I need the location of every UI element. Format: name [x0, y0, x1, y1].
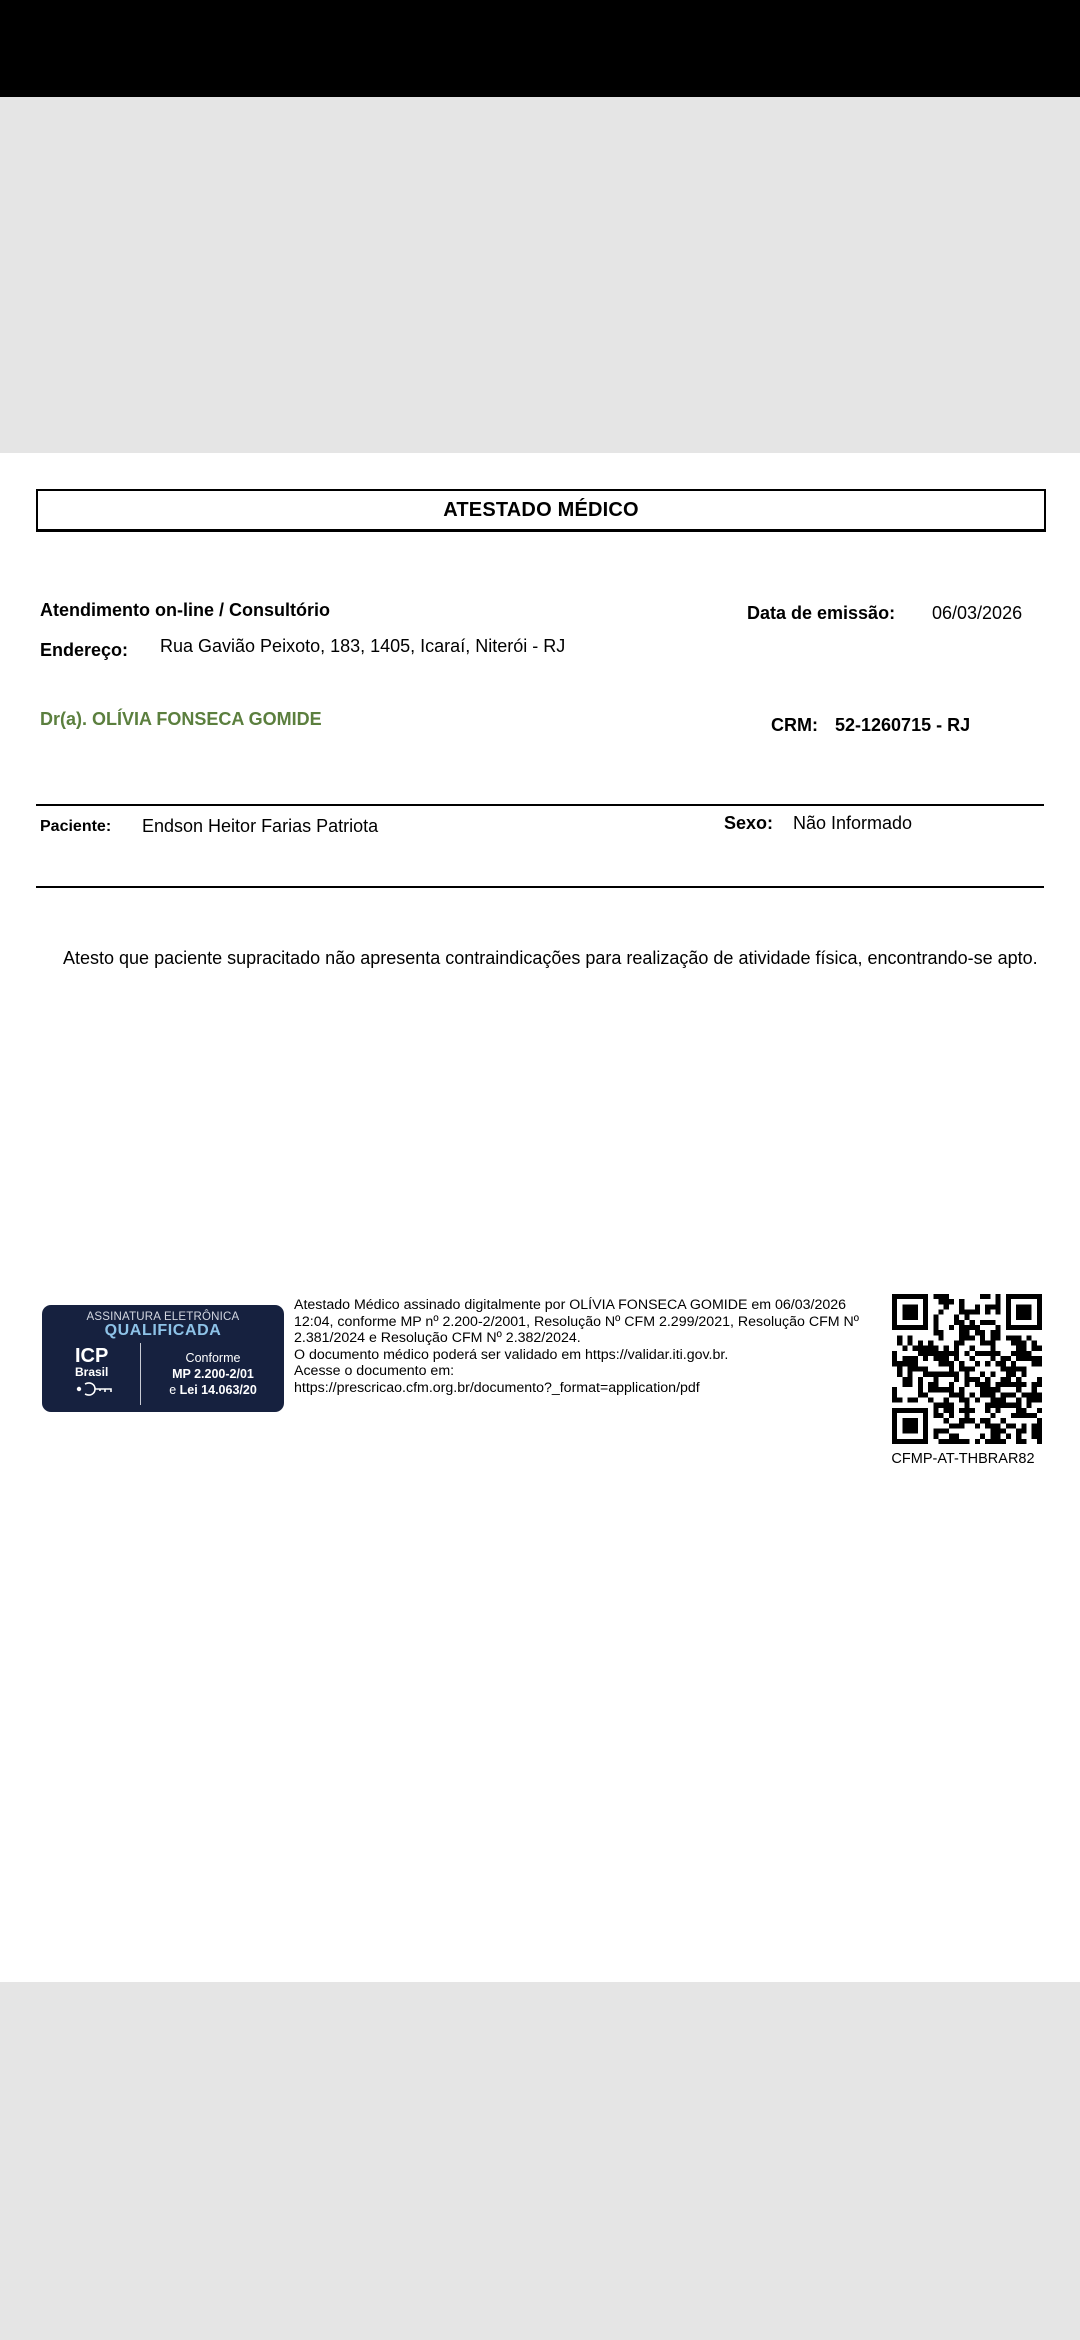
- badge-lei: Lei 14.063/20: [180, 1383, 257, 1397]
- signature-text: Atestado Médico assinado digitalmente po…: [294, 1297, 884, 1396]
- badge-mp: MP 2.200-2/01: [142, 1366, 284, 1382]
- icp-logo-text: ICP: [75, 1347, 108, 1365]
- crm-label: CRM:: [771, 715, 818, 736]
- badge-legal: Conforme MP 2.200-2/01 e Lei 14.063/20: [142, 1350, 284, 1398]
- badge-lei-line: e Lei 14.063/20: [142, 1382, 284, 1398]
- badge-highlight: QUALIFICADA: [42, 1322, 284, 1340]
- crm-number: 52-1260715 - RJ: [835, 715, 970, 736]
- patient-name: Endson Heitor Farias Patriota: [142, 816, 378, 837]
- badge-divider: [140, 1343, 141, 1405]
- issue-date: 06/03/2026: [932, 603, 1022, 624]
- sex-label: Sexo:: [724, 813, 773, 834]
- document-link[interactable]: https://prescricao.cfm.org.br/documento?…: [294, 1380, 884, 1397]
- document-title-box: ATESTADO MÉDICO: [36, 489, 1046, 532]
- document-page: ATESTADO MÉDICO Atendimento on-line / Co…: [0, 453, 1080, 1982]
- divider-bottom: [36, 886, 1044, 888]
- patient-label: Paciente:: [40, 818, 111, 836]
- sex-value: Não Informado: [793, 813, 912, 834]
- icp-logo-subtext: Brasil: [75, 1365, 108, 1379]
- qr-code-icon: [892, 1294, 1042, 1444]
- divider-top: [36, 804, 1044, 806]
- certificate-text: Atesto que paciente supracitado não apre…: [63, 948, 1043, 969]
- issue-date-label: Data de emissão:: [747, 603, 895, 624]
- key-icon: [75, 1381, 115, 1402]
- badge-lei-prefix: e: [169, 1383, 176, 1397]
- doctor-name: Dr(a). OLÍVIA FONSECA GOMIDE: [40, 709, 322, 730]
- document-title: ATESTADO MÉDICO: [443, 499, 639, 522]
- validation-info: O documento médico poderá ser validado e…: [294, 1347, 884, 1364]
- access-label: Acesse o documento em:: [294, 1363, 884, 1380]
- qr-code-label: CFMP-AT-THBRAR82: [880, 1451, 1046, 1467]
- address: Rua Gavião Peixoto, 183, 1405, Icaraí, N…: [160, 636, 565, 657]
- status-bar: [0, 0, 1080, 97]
- service-type: Atendimento on-line / Consultório: [40, 600, 330, 621]
- signature-statement: Atestado Médico assinado digitalmente po…: [294, 1297, 884, 1347]
- badge-conforme: Conforme: [142, 1350, 284, 1366]
- address-label: Endereço:: [40, 640, 128, 661]
- icp-brasil-signature-badge: ASSINATURA ELETRÔNICA QUALIFICADA ICP Br…: [42, 1305, 284, 1412]
